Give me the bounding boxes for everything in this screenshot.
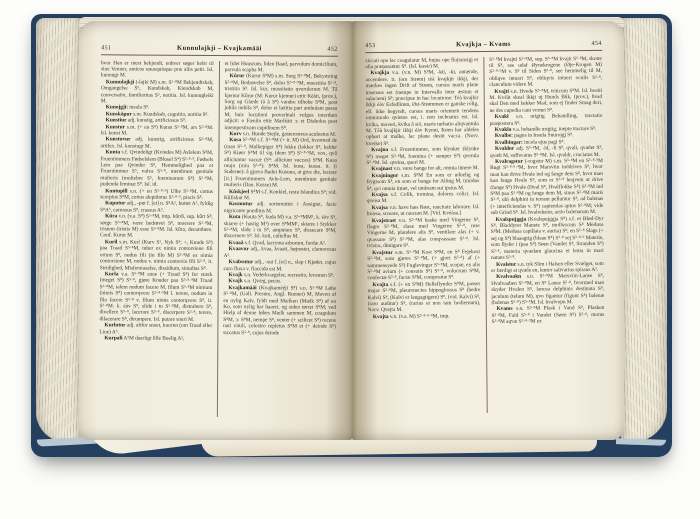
dictionary-entry: Kvajsa v.n. have hæs Røst, raucitate lab… <box>366 204 479 218</box>
entry-headword: Kvalstur <box>496 261 516 267</box>
dictionary-entry: Kûrur (Kurur S⁸M) s.m. Sorg S⁵·⁸M, Bekym… <box>224 73 337 131</box>
dictionary-entry: Kusa S⁵·⁸M s.f. S⁵·⁸M (+ it. M) Ord, hvo… <box>224 137 337 189</box>
entry-headword: Kunta <box>105 150 120 156</box>
dictionary-entry: Kvams s.n. S⁵·⁸M Plask i Vand S⁸, Plaske… <box>491 305 604 325</box>
dictionary-entry: Kuril s.m. Kurl (Kurv S⁵, Nyk S⁸; +, Knu… <box>100 239 213 272</box>
dictionary-entry: Kuta (Kuuta S⁸, kuda M) v.a. S⁵·⁸MM¹, k.… <box>224 214 337 240</box>
right-page-columns: siccati ope lac coagulatur M, hujus ope … <box>365 55 605 413</box>
dictionary-entry: Kvalragstur (-rogstur M) s.m. S⁵·⁸M en S… <box>490 158 603 217</box>
entry-headword: Kvabsutur <box>229 259 254 265</box>
entry-headword: Kvajsa <box>371 192 387 198</box>
entry-headword: Kvakl <box>494 114 508 120</box>
entry-headword: Kvajningur <box>371 173 398 179</box>
dictionary-entry: Kuputur adj., -put f. [et] n. S⁸A⁵, butt… <box>100 201 213 215</box>
entry-headword: Kvajta <box>372 282 388 288</box>
left-page-number-452: 452 <box>327 46 337 53</box>
dictionary-entry: Kvakl s.n. urigtig Behandling, tractatio… <box>489 113 602 127</box>
entry-headword: Kvajsa <box>371 205 387 211</box>
entry-headword: Kûskjeel <box>229 189 249 195</box>
dictionary-entry: Kvajti s.n. Hvede S⁵·⁸M, triticum S⁸M. I… <box>489 87 602 114</box>
dictionary-entry: Kvajstrast v.n. S⁵·⁸M baske med Vingerne… <box>366 217 479 250</box>
entry-headword: Kvalspujggja <box>495 216 526 222</box>
dictionary-entry: Kvajningur s.m. S⁸M En som er uduelig og… <box>366 172 479 192</box>
entry-headword: Kusa <box>229 137 241 143</box>
entry-headword: Kuril <box>105 239 118 245</box>
entry-headword: Kvajkja <box>370 70 389 76</box>
right-page: 453 Kvajkja – Kvams 454 siccati ope lac … <box>352 21 625 440</box>
entry-headword: Kurpali <box>104 335 122 341</box>
right-page-column-2: S⁵·⁸M kvajtti S⁵·⁸M, sup. S⁵·⁸M kvajtt S… <box>483 55 605 412</box>
right-page-number-453: 453 <box>365 42 375 49</box>
entry-headword: Kunojgji: <box>106 105 128 111</box>
dictionary-entry: Kurlutur adj. altfor snoet, knortet (om … <box>99 322 212 336</box>
dictionary-entry: Kunstuvur adj. kunstig, artificiosus S⁵·… <box>100 137 213 151</box>
entry-headword: Kunnulajkji <box>106 79 134 85</box>
right-page-number-454: 454 <box>591 40 601 47</box>
dictionary-entry: Kûskjeel S⁸M s.f. Konkiel, testa Islandi… <box>224 189 337 203</box>
open-spread: 451 Kunnulajkji – Kvajkamääi 452 hvor Ha… <box>79 21 624 440</box>
dictionary-entry: Kvabsutur adj., -sut f. [et] n., slap i … <box>223 259 336 273</box>
entry-headword: Kûra <box>105 214 117 220</box>
page-edges-right <box>621 18 667 442</box>
dictionary-entry: Kvajkja v.a. (v.n. M) S⁸M, -kti, -kt, an… <box>365 69 478 147</box>
page-edges-left <box>36 18 82 442</box>
dictionary-entry: Kûra v.n. (v.a. S⁸) S⁵·⁸M, imp. kûrdi, s… <box>100 214 213 240</box>
entry-headword: Kvalragstur <box>495 159 523 165</box>
dictionary-entry: et lidet Huusrum, liden Baad, parvulum d… <box>225 61 338 75</box>
dictionary-entry: Kvajstur s.m. S⁵·⁸M Kost S⁸M, en S⁸ Feje… <box>367 249 480 282</box>
right-head-rule <box>365 49 601 52</box>
left-page-column-2: et lidet Huusrum, liden Baad, parvulum d… <box>217 61 338 418</box>
entry-headword: Kunstuvur <box>106 137 131 143</box>
left-page-column-1: hvor Han er mest bekjendt, enhver søger … <box>99 60 214 417</box>
entry-headword: Kvajk <box>228 278 242 284</box>
right-running-title: Kvajkja – Kvams <box>456 41 511 49</box>
book: 451 Kunnulajkji – Kvajkamääi 452 hvor Ha… <box>31 14 672 457</box>
dictionary-entry: Kvaldur adj. S⁵·⁸M, -ld, -lt S⁸, qvalt, … <box>489 145 602 159</box>
entry-headword: Kurla <box>105 271 119 277</box>
entry-headword: Kurlutur <box>104 322 125 328</box>
entry-headword: Kunskäpur <box>106 111 132 117</box>
entry-headword: Kvajk <box>228 272 242 278</box>
entry-headword: Kvams <box>496 306 512 312</box>
entry-headword: Kvalbe: <box>494 133 512 139</box>
entry-headword: Kvajkamääi <box>228 285 256 291</box>
entry-headword: Kvajna <box>371 147 388 153</box>
photo-background: 451 Kunnulajkji – Kvajkamääi 452 hvor Ha… <box>0 0 700 519</box>
entry-headword: Kvajnast <box>371 166 392 172</box>
left-page-columns: hvor Han er mest bekjendt, enhver søger … <box>99 60 338 417</box>
left-running-title: Kunnulajkji – Kvajkamääi <box>177 45 262 53</box>
dictionary-entry: Kunstur s.m. (+ en S⁸) Kunst S⁵·⁸M, ars … <box>101 124 214 138</box>
entry-headword: Kvajstur <box>372 250 393 256</box>
entry-headword: Kvaaä <box>229 240 244 246</box>
dictionary-entry: Kvalspujggja (Kvalspujggja S⁸) s.f. et B… <box>490 216 603 262</box>
right-page-column-1: siccati ope lac coagulatur M, hujus ope … <box>365 57 481 414</box>
dictionary-entry: Kvajta v.n. (v.a. M) S⁵·⁸·⁹·⁴M, imp. <box>367 313 480 320</box>
dictionary-entry: Kvalstur s.n. tyk Slim i Halsen eller Sv… <box>491 260 604 274</box>
dictionary-entry: Kuntupill s.n. (+ en S⁵·⁸·⁹) Ulke S⁵·⁸M,… <box>100 188 213 202</box>
entry-headword: Kunstiur <box>106 117 127 123</box>
entry-headword: Kvalvaakn <box>496 274 521 280</box>
right-running-head: 453 Kvajkja – Kvams 454 <box>365 40 602 49</box>
entry-headword: Kvaldur <box>494 146 513 152</box>
dictionary-entry: Kurla v.a. S⁵·⁸M snoe (+ Traad S⁸) for s… <box>99 271 212 323</box>
dictionary-entry: Kunta s.f. Qvindeligt (Kvindes M) Avlele… <box>100 149 213 188</box>
dictionary-entry: Kvajta s.f. (+ en S⁸M) Helleflynder S⁸M,… <box>367 281 480 314</box>
entry-headword: Kvajstrast <box>371 218 395 224</box>
entry-headword: Kuputur <box>105 201 125 207</box>
dictionary-entry: Kvalvaakn s.n. S⁵·⁸M Marsviin-Lanse S⁸, … <box>491 273 604 306</box>
entry-headword: Kuntupill <box>105 188 127 194</box>
entry-headword: Kuta <box>229 214 241 220</box>
dictionary-entry: Kvajna s.f. Fruentimmer, som klynker (kl… <box>366 146 479 166</box>
dictionary-entry: S⁵·⁸M kvajtti S⁵·⁸M, sup. S⁵·⁸M kvajtt S… <box>489 55 602 88</box>
dictionary-entry: Kunnulajkji (-lajki M) s.m. S⁵·⁸M Bekjen… <box>101 79 214 105</box>
entry-headword: Kvajta <box>372 314 388 320</box>
dictionary-entry: hvor Han er mest bekjendt, enhver søger … <box>101 60 214 80</box>
dictionary-entry: Kurpali A⁵M daarligt lille Boelig A⁵, <box>99 335 212 342</box>
entry-headword: Kvajti <box>494 88 509 94</box>
dictionary-entry: Kvajkamääi (Kvajkamééji S⁸) s.n. S⁵·⁸M L… <box>223 285 336 337</box>
entry-headword: Kvakla <box>494 127 511 133</box>
entry-headword: Kûrur <box>230 73 245 79</box>
left-page: 451 Kunnulajkji – Kvajkamääi 452 hvor Ha… <box>79 21 352 440</box>
entry-headword: Kusmutur <box>229 202 253 208</box>
entry-headword: Kvalbingar: <box>494 139 522 145</box>
left-head-rule <box>101 54 338 56</box>
left-running-head: 451 Kunnulajkji – Kvajkamääi 452 <box>101 44 338 52</box>
dictionary-entry: Kvajsa s.f. Colik, tormina, dolores coli… <box>366 191 479 205</box>
entry-headword: Kvaavur <box>229 246 249 252</box>
dictionary-entry: Kusmutur adj. sortsmuttet i Ansigtet, fa… <box>224 201 337 215</box>
entry-headword: Kunstur <box>106 124 125 130</box>
left-page-number-451: 451 <box>101 44 111 51</box>
dictionary-entry: Kvaavur adj., kvaa, kvaatt, højrøstet, c… <box>224 246 337 260</box>
